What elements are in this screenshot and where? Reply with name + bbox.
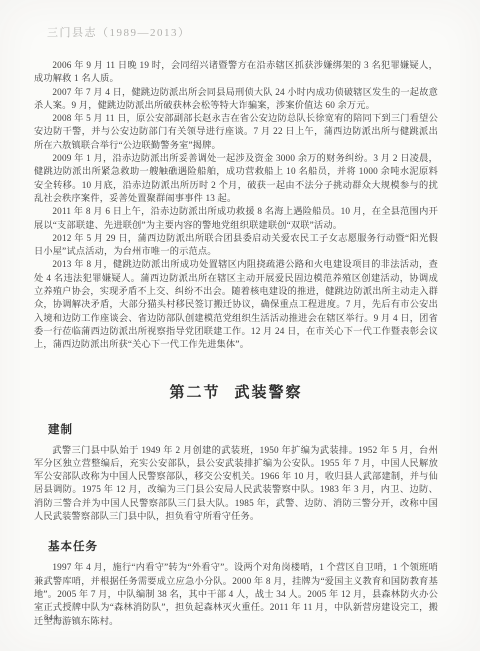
- section-heading: 第二节武装警察: [34, 381, 438, 402]
- subsection-heading-basic-tasks: 基本任务: [48, 538, 438, 554]
- chronicle-paragraph: 2009 年 1 月，沿赤边防派出所妥善调处一起涉及资金 3000 余万的财务纠…: [34, 152, 438, 205]
- subsection-paragraph: 1997 年 4 月，施行“内看守”转为“外看守”。设两个对角岗楼哨，1 个营区…: [34, 561, 438, 627]
- chronicle-paragraph: 2013 年 8 月，健跳边防派出所成功处置辖区内阻挠疏港公路和火电建设项目的非…: [34, 258, 438, 351]
- page-number: 844: [44, 612, 58, 622]
- chronicle-paragraph: 2006 年 9 月 11 日晚 19 时，会同绍兴诸暨警方在沿赤辖区抓获涉嫌绑…: [34, 59, 438, 86]
- chronicle-paragraph: 2012 年 5 月 29 日，蒲西边防派出所联合团县委启动关爱农民工子女志愿服…: [34, 232, 438, 259]
- chronicle-paragraph: 2011 年 8 月 6 日上午，沿赤边防派出所成功救援 8 名海上遇险船员。1…: [34, 205, 438, 232]
- section-title-text: 武装警察: [235, 385, 303, 401]
- subsection-establishment: 建制 武警三门县中队始于 1949 年 2 月创建的武装班，1950 年扩编为武…: [34, 421, 438, 524]
- book-page: 三门县志（1989—2013） 2006 年 9 月 11 日晚 19 时，会同…: [0, 0, 480, 651]
- chronicle-paragraph: 2007 年 7 月 4 日，健跳边防派出所会同县局刑侦大队 24 小时内成功侦…: [34, 86, 438, 113]
- running-header: 三门县志（1989—2013）: [47, 24, 438, 40]
- subsection-heading-establishment: 建制: [48, 421, 438, 437]
- section-number: 第二节: [169, 381, 220, 402]
- chronicle-paragraph: 2008 年 5 月 11 日，原公安部副部长赵永吉在省公安边防总队长徐宽宥的陪…: [34, 112, 438, 152]
- subsection-basic-tasks: 基本任务 1997 年 4 月，施行“内看守”转为“外看守”。设两个对角岗楼哨，…: [34, 538, 438, 627]
- subsection-paragraph: 武警三门县中队始于 1949 年 2 月创建的武装班，1950 年扩编为武装排。…: [34, 444, 438, 524]
- chronicle-section: 2006 年 9 月 11 日晚 19 时，会同绍兴诸暨警方在沿赤辖区抓获涉嫌绑…: [34, 59, 438, 352]
